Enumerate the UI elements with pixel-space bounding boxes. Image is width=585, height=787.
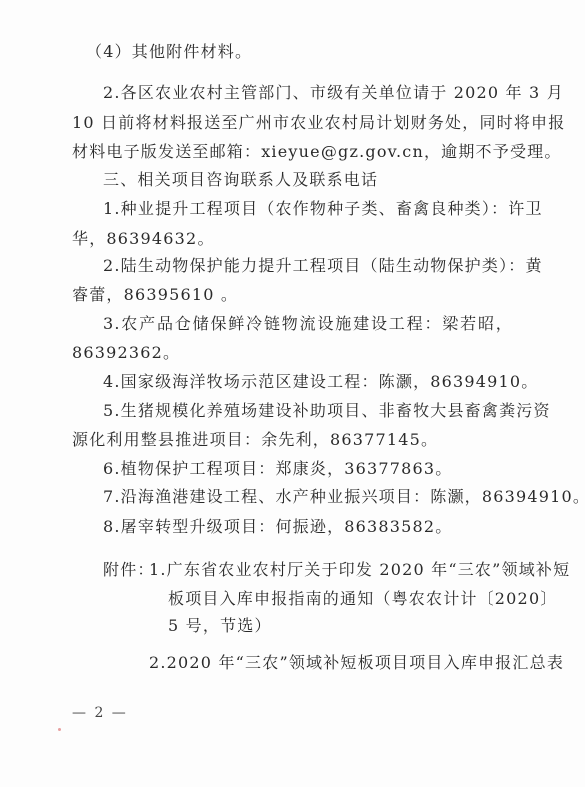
- text-line: 86392362。: [72, 343, 180, 363]
- attachments-label: 附件：: [103, 560, 155, 580]
- text-line: 5.生猪规模化养殖场建设补助项目、非畜牧大县畜禽粪污资: [103, 401, 513, 421]
- attachment-line: 1.广东省农业农村厅关于印发 2020 年“三农”领域补短: [149, 560, 513, 580]
- text-line: 2.陆生动物保护能力提升工程项目（陆生动物保护类）：黄: [103, 256, 513, 276]
- text-line: 睿蕾，86395610 。: [72, 285, 238, 305]
- text-line: 华，86394632。: [72, 229, 215, 249]
- text-line: 源化利用整县推进项目：余先利，86377145。: [72, 430, 438, 450]
- text-line: 2.各区农业农村主管部门、市级有关单位请于 2020 年 3 月: [103, 83, 513, 103]
- text-line: 10 日前将材料报送至广州市农业农村局计划财务处，同时将申报: [72, 113, 514, 133]
- text-line: 3.农产品仓储保鲜冷链物流设施建设工程：梁若昭，: [103, 314, 513, 334]
- text-line: 8.屠宰转型升级项目：何振逊，86383582。: [103, 517, 453, 537]
- attachment-line: 5 号，节选）: [168, 616, 272, 636]
- attachment-line: 2.2020 年“三农”领域补短板项目项目入库申报汇总表: [149, 653, 513, 673]
- page-number: — 2 —: [72, 705, 128, 721]
- text-line: 4.国家级海洋牧场示范区建设工程：陈灏，86394910。: [103, 372, 539, 392]
- text-line: 三、相关项目咨询联系人及联系电话: [103, 170, 378, 190]
- text-line: 7.沿海渔港建设工程、水产种业振兴项目：陈灏，86394910。: [103, 487, 513, 507]
- text-line: 6.植物保护工程项目：郑康炎，36377863。: [103, 459, 453, 479]
- attachment-line: 板项目入库申报指南的通知（粤农农计计〔2020〕: [168, 589, 513, 609]
- text-line: （4）其他附件材料。: [86, 42, 252, 62]
- scan-mark: [58, 728, 61, 731]
- text-line: 材料电子版发送至邮箱：xieyue@gz.gov.cn，逾期不予受理。: [72, 142, 562, 162]
- text-line: 1.种业提升工程项目（农作物种子类、畜禽良种类）：许卫: [103, 199, 513, 219]
